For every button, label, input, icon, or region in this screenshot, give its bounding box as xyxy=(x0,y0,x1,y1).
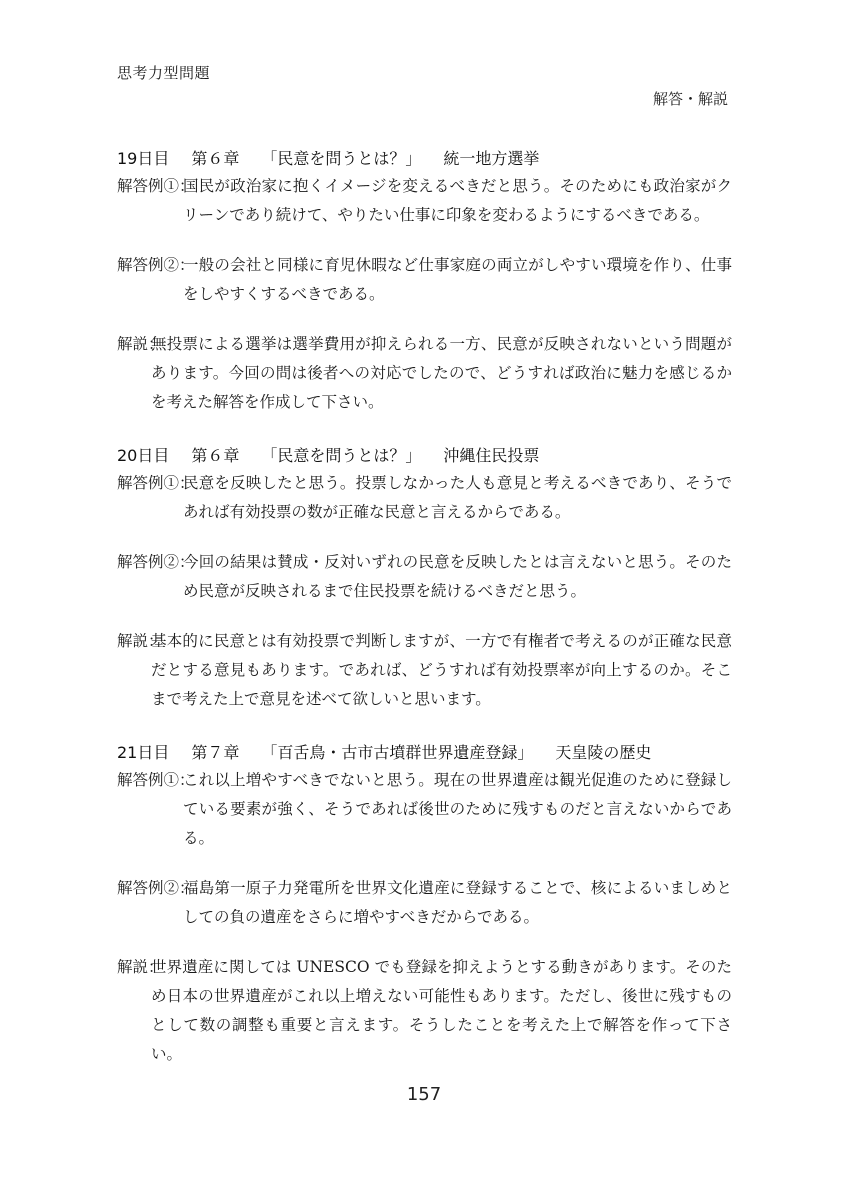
page-number: 157 xyxy=(0,1084,848,1105)
entry-text: 無投票による選挙は選挙費用が抑えられる一方、民意が反映されないという問題がありま… xyxy=(151,330,732,417)
answer-example-1: 解答例①： 国民が政治家に抱くイメージを変えるべきだと思う。そのためにも政治家が… xyxy=(117,172,732,230)
day-number: 21日目 xyxy=(117,743,169,762)
explanation: 解説： 基本的に民意とは有効投票で判断しますが、一方で有権者で考えるのが正確な民… xyxy=(117,627,732,714)
entry-text: 国民が政治家に抱くイメージを変えるべきだと思う。そのためにも政治家がクリーンであ… xyxy=(183,172,732,230)
entry-label: 解答例①： xyxy=(117,766,183,853)
running-title: 思考力型問題 xyxy=(117,62,210,83)
entry-label: 解説： xyxy=(117,953,151,1069)
entry-label: 解説： xyxy=(117,627,151,714)
topic: 統一地方選挙 xyxy=(443,149,539,168)
chapter-title: 「百舌鳥・古市古墳群世界遺産登録」 xyxy=(261,743,533,762)
entry-label: 解答例②： xyxy=(117,251,183,309)
entry-label: 解説： xyxy=(117,330,151,417)
entry-text: 今回の結果は賛成・反対いずれの民意を反映したとは言えないと思う。そのため民意が反… xyxy=(183,548,732,606)
entry-label: 解答例②： xyxy=(117,874,183,932)
entry-label: 解答例①： xyxy=(117,469,183,527)
chapter-title: 「民意を問うとは？」 xyxy=(261,446,421,465)
entry-text: 一般の会社と同様に育児休暇など仕事家庭の両立がしやすい環境を作り、仕事をしやすく… xyxy=(183,251,732,309)
entry-text: 福島第一原子力発電所を世界文化遺産に登録することで、核によるいましめとしての負の… xyxy=(183,874,732,932)
entry-text: これ以上増やすべきでないと思う。現在の世界遺産は観光促進のために登録している要素… xyxy=(183,766,732,853)
section-label: 解答・解説 xyxy=(653,88,728,109)
chapter-title: 「民意を問うとは？」 xyxy=(261,149,421,168)
day-block-20: 20日目第６章「民意を問うとは？」沖縄住民投票 解答例①： 民意を反映したと思う… xyxy=(117,443,732,714)
day-block-19: 19日目第６章「民意を問うとは？」統一地方選挙 解答例①： 国民が政治家に抱くイ… xyxy=(117,146,732,417)
topic: 天皇陵の歴史 xyxy=(555,743,651,762)
day-number: 20日目 xyxy=(117,446,169,465)
entry-text: 民意を反映したと思う。投票しなかった人も意見と考えるべきであり、そうであれば有効… xyxy=(183,469,732,527)
day-block-21: 21日目第７章「百舌鳥・古市古墳群世界遺産登録」天皇陵の歴史 解答例①： これ以… xyxy=(117,740,732,1069)
topic: 沖縄住民投票 xyxy=(443,446,539,465)
entry-text: 世界遺産に関しては UNESCO でも登録を抑えようとする動きがあります。そのた… xyxy=(151,953,732,1069)
day-number: 19日目 xyxy=(117,149,169,168)
answer-example-2: 解答例②： 一般の会社と同様に育児休暇など仕事家庭の両立がしやすい環境を作り、仕… xyxy=(117,251,732,309)
answer-example-1: 解答例①： これ以上増やすべきでないと思う。現在の世界遺産は観光促進のために登録… xyxy=(117,766,732,853)
answer-example-1: 解答例①： 民意を反映したと思う。投票しなかった人も意見と考えるべきであり、そう… xyxy=(117,469,732,527)
answer-content: 19日目第６章「民意を問うとは？」統一地方選挙 解答例①： 国民が政治家に抱くイ… xyxy=(117,146,732,1095)
chapter-number: 第６章 xyxy=(191,149,239,168)
explanation: 解説： 世界遺産に関しては UNESCO でも登録を抑えようとする動きがあります… xyxy=(117,953,732,1069)
explanation: 解説： 無投票による選挙は選挙費用が抑えられる一方、民意が反映されないという問題… xyxy=(117,330,732,417)
chapter-number: 第７章 xyxy=(191,743,239,762)
answer-example-2: 解答例②： 今回の結果は賛成・反対いずれの民意を反映したとは言えないと思う。その… xyxy=(117,548,732,606)
entry-label: 解答例②： xyxy=(117,548,183,606)
entry-text: 基本的に民意とは有効投票で判断しますが、一方で有権者で考えるのが正確な民意だとす… xyxy=(151,627,732,714)
entry-label: 解答例①： xyxy=(117,172,183,230)
day-heading: 21日目第７章「百舌鳥・古市古墳群世界遺産登録」天皇陵の歴史 xyxy=(117,740,732,766)
chapter-number: 第６章 xyxy=(191,446,239,465)
answer-example-2: 解答例②： 福島第一原子力発電所を世界文化遺産に登録することで、核によるいましめ… xyxy=(117,874,732,932)
day-heading: 20日目第６章「民意を問うとは？」沖縄住民投票 xyxy=(117,443,732,469)
day-heading: 19日目第６章「民意を問うとは？」統一地方選挙 xyxy=(117,146,732,172)
